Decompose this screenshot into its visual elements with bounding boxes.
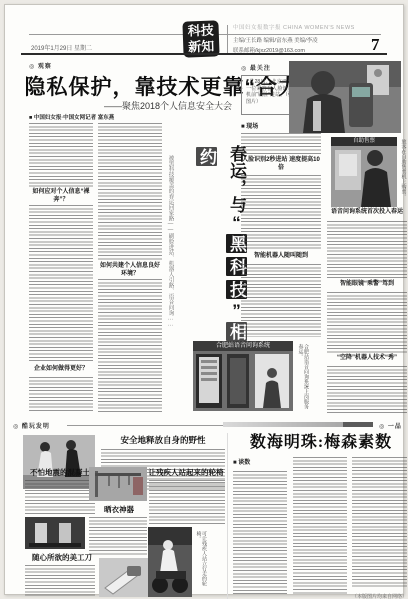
page-number: 7 (371, 35, 380, 55)
text-block (89, 517, 147, 555)
invention-headline-2: 不怕地震的混凝土 (25, 468, 95, 477)
mersenne-headline: 数海明珠:梅森素数 (237, 429, 405, 452)
photo-utility-knife (99, 558, 149, 597)
photo-clothes-hanger (89, 467, 147, 501)
divider-bar-cap (343, 422, 373, 427)
text-block (29, 205, 93, 363)
staff-line: 主编/王长路 编辑/富东燕 美编/李凌 (233, 36, 383, 44)
date-line: 2019年1月29日 星期二 (31, 43, 92, 52)
masthead-title: 中国妇女报数字报 CHINA WOMEN'S NEWS (233, 23, 383, 31)
invention-headline-5: 随心所欲的美工刀 (27, 553, 97, 562)
text-block (352, 457, 407, 589)
text-block (29, 377, 93, 413)
photo-ticket-machine: 自助售票 (331, 137, 397, 207)
footer-note: （本版图片均来自网络） (295, 593, 407, 599)
photo-concrete (25, 517, 85, 549)
lead-kicker: ◎ 观察 (29, 61, 52, 70)
photo-wheelchair-vcaption: 可让残疾人站立行走的轮椅。 (195, 531, 206, 593)
text-block (149, 480, 225, 524)
photo-voice-banner: 合肥站语音问询系统 (193, 341, 293, 351)
text-block (241, 175, 321, 251)
masthead-divider (227, 25, 228, 53)
text-block (233, 471, 287, 595)
photo-concrete-art (25, 517, 85, 549)
vertical-subtitle: 被黑科技覆盖的春运回家路——刷脸进站、机器人引路、语音问询…… (167, 155, 174, 335)
photo-voice-vcaption: 合肥站语音问询系统上岗服务春运。 (297, 344, 308, 410)
photo-ticket-art (331, 146, 397, 207)
lead-subhead-1: 如何应对个人信息“裸奔”？ (29, 189, 93, 204)
text-block (25, 480, 95, 514)
photo-face-gate (289, 61, 401, 133)
page-sheet: 2019年1月29日 星期二 科技 新知 中国妇女报数字报 CHINA WOME… (4, 4, 404, 595)
photo-hanger-art (89, 467, 147, 501)
spring-subhead-b2: 智能眼镜“乘警”驾到 (327, 281, 407, 289)
spring-subhead-a2: 智能机器人随叫随到 (241, 253, 321, 261)
photo-standing-wheelchair (148, 527, 192, 597)
logo-line1: 科技 (182, 22, 219, 39)
lead-byline: ■ 中国妇女报·中国女网记者 富东燕 (29, 113, 114, 121)
photo-voice-art (193, 351, 293, 411)
newspaper-page: 2019年1月29日 星期二 科技 新知 中国妇女报数字报 CHINA WOME… (0, 0, 408, 599)
invention-headline-3: 晒衣神器 (95, 505, 143, 514)
text-block (25, 565, 95, 597)
photo-knife-art (99, 558, 149, 597)
invention-headline-1: 安全地释放自身的野性 (101, 435, 225, 446)
spring-subhead-b3: “空降”机器人技术“秀” (327, 355, 407, 363)
text-block (327, 366, 407, 413)
text-block (98, 123, 162, 261)
divider-bar (223, 422, 343, 427)
photo-ticket-banner: 自助售票 (331, 137, 397, 146)
scene-label: ■ 现场 (241, 121, 258, 130)
vertical-tile: 约 (196, 147, 217, 166)
text-block (29, 123, 93, 187)
lead-subhead-3: 企业如何做得更好？ (29, 366, 93, 374)
spring-kicker: ◎ 最关注 (241, 63, 271, 72)
spring-subhead-a1: 人脸识别2秒进站 速度提高10倍 (241, 157, 321, 172)
text-block (98, 279, 162, 413)
text-block (327, 221, 407, 279)
text-block (293, 457, 347, 595)
spring-subhead-b1: 语音问询系统首次投入春运 (327, 209, 407, 217)
text-block (241, 133, 321, 155)
masthead: 中国妇女报数字报 CHINA WOMEN'S NEWS 主编/王长路 编辑/富东… (233, 23, 383, 54)
text-block (327, 292, 407, 353)
photo-face-gate-art (289, 61, 401, 133)
inventions-kicker: ◎ 酷玩发明 (13, 421, 50, 430)
mersenne-label: ■ 谈数 (233, 457, 250, 466)
lead-subhead-2: 如何共建个人信息良好环境？ (98, 263, 162, 278)
text-block (241, 264, 321, 337)
photo-wheelchair-art (148, 527, 192, 597)
invention-headline-4: 让残疾人站起来的轮椅 (147, 468, 225, 477)
divider-line (67, 425, 223, 426)
photo-ticket-vcaption: 旅客在自助售票机上购票。 (400, 139, 406, 205)
photo-voice-inquiry: 合肥站语音问询系统 (193, 341, 293, 411)
header-bottom-rule (21, 53, 387, 55)
column-rule (227, 433, 228, 599)
